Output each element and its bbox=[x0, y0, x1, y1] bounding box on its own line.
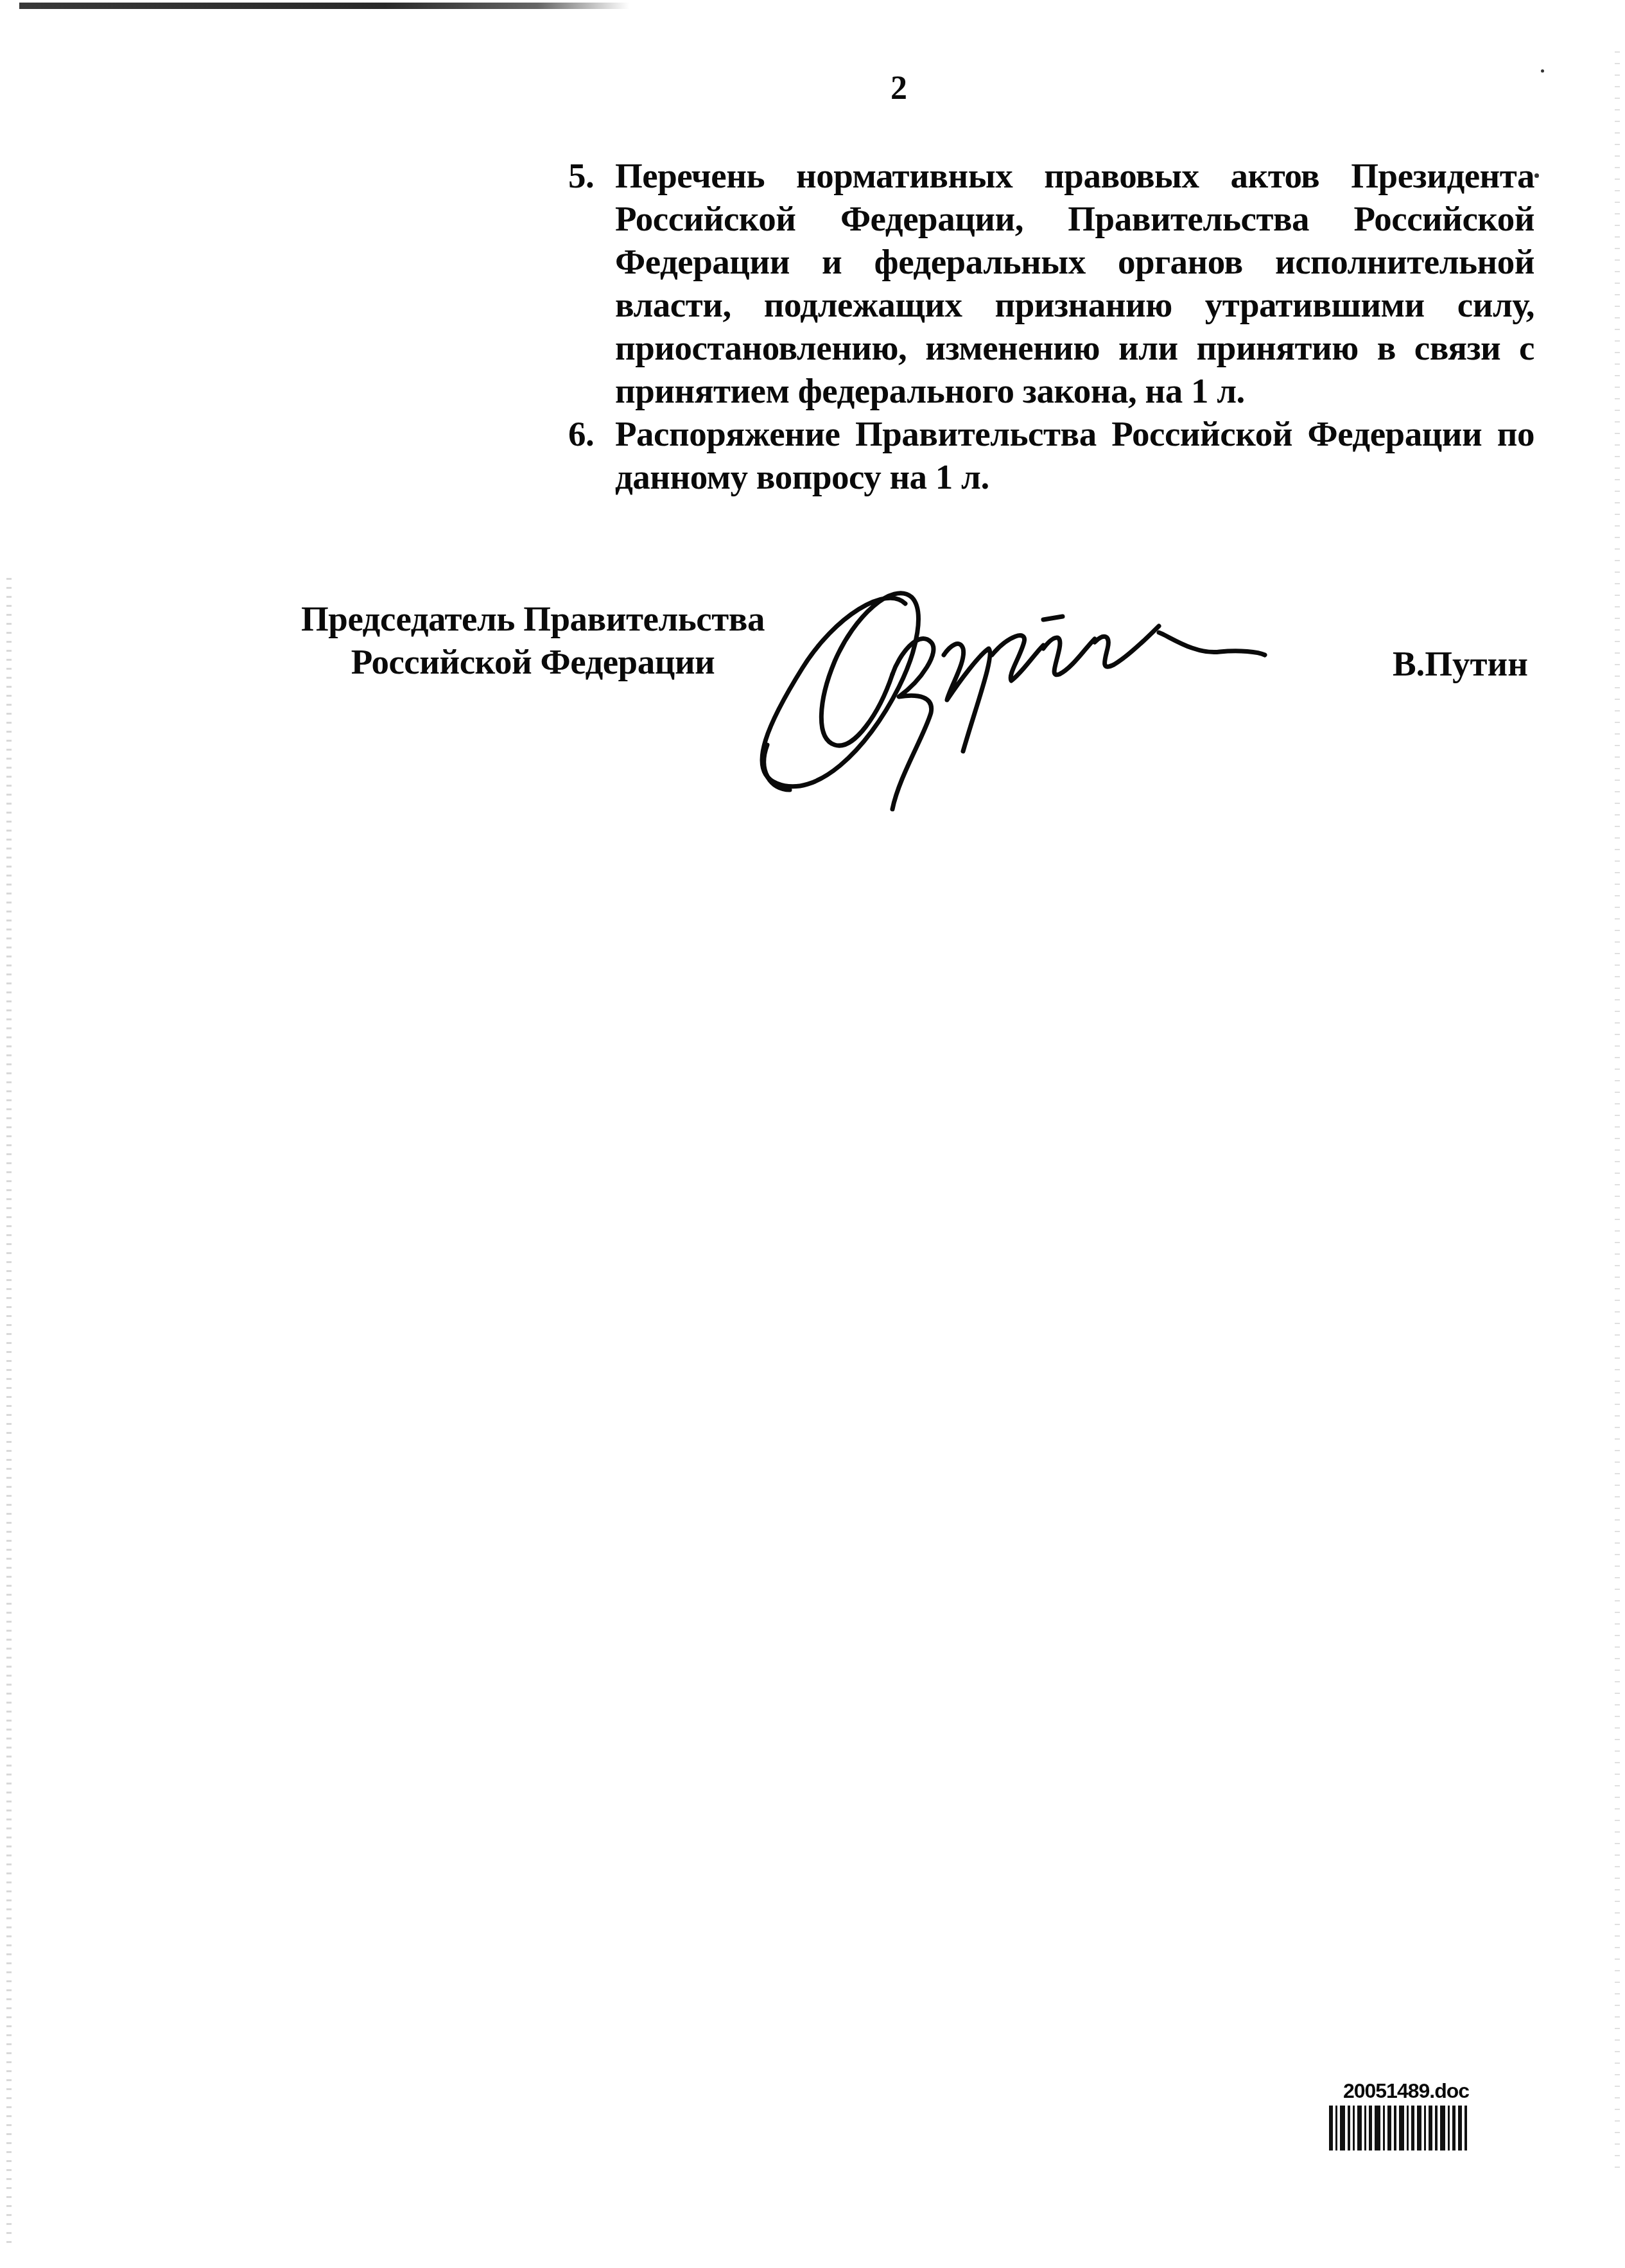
scan-edge-right bbox=[1615, 51, 1620, 2170]
scan-speck bbox=[1534, 173, 1539, 178]
handwritten-signature bbox=[706, 559, 1348, 816]
scan-edge-left bbox=[6, 578, 12, 2247]
page-number: 2 bbox=[867, 69, 931, 107]
document-code-label: 20051489.doc bbox=[1329, 2079, 1483, 2103]
attachment-number: 6. bbox=[568, 412, 594, 455]
attachment-item: 5. Перечень нормативных правовых актов П… bbox=[568, 154, 1534, 412]
barcode bbox=[1329, 2106, 1483, 2150]
scan-speck bbox=[1541, 69, 1544, 73]
signature-block: Председатель Правительства Российской Фе… bbox=[244, 597, 1528, 809]
attachment-item: 6. Распоряжение Правительства Российской… bbox=[568, 412, 1534, 498]
scan-edge-top bbox=[19, 3, 629, 9]
attachment-text: Распоряжение Правительства Российской Фе… bbox=[615, 414, 1534, 496]
attachments-list: 5. Перечень нормативных правовых актов П… bbox=[568, 154, 1534, 498]
attachment-text: Перечень нормативных правовых актов През… bbox=[615, 156, 1534, 410]
attachment-number: 5. bbox=[568, 154, 594, 197]
signer-name: В.Путин bbox=[1393, 642, 1528, 685]
document-code: 20051489.doc bbox=[1329, 2079, 1483, 2150]
